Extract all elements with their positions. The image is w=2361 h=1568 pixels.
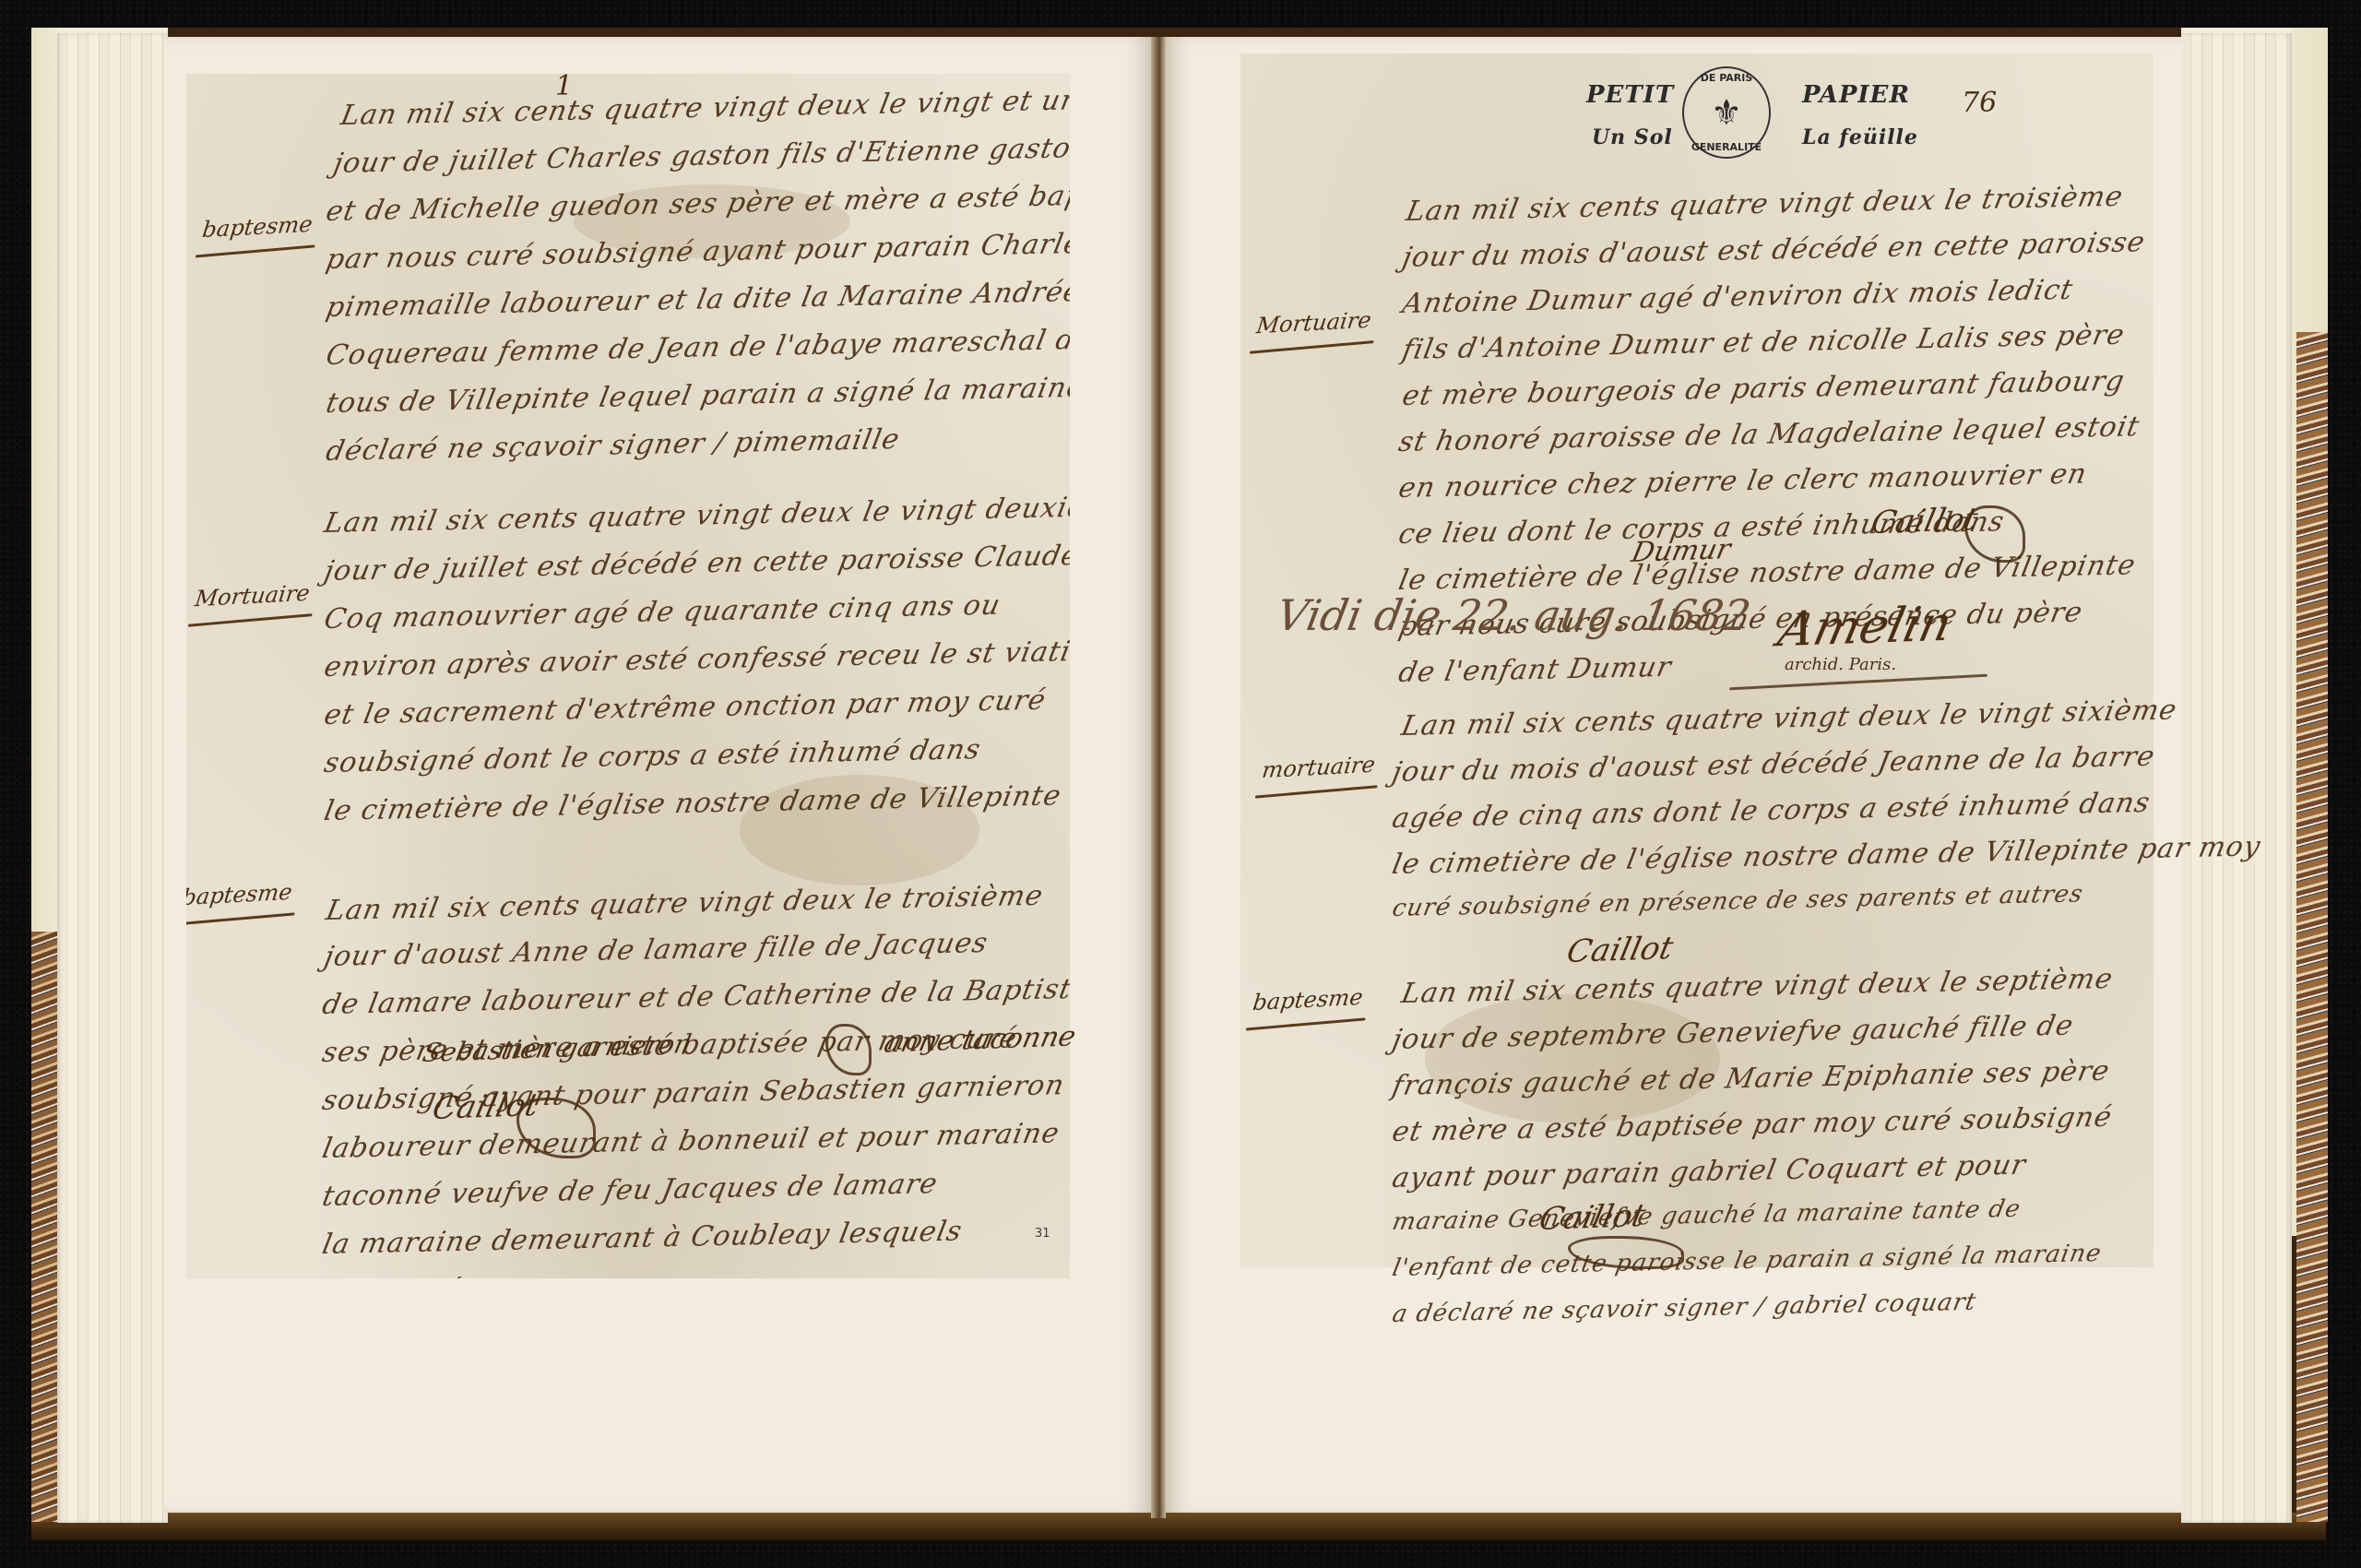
manuscript-line: Coq manouvrier agé de quarante cinq ans … xyxy=(322,589,1003,636)
manuscript-line: Lan mil six cents quatre vingt deux le t… xyxy=(1404,181,2127,228)
signature-caillot: Caillot xyxy=(1868,501,1981,541)
stamp-text-top-right: PAPIER xyxy=(1802,81,1910,109)
book-cover-bottom-edge xyxy=(31,1513,2326,1540)
manuscript-line: soubsigné dont le corps a esté inhumé da… xyxy=(322,733,984,779)
signature-caillot: Caillot xyxy=(1536,1197,1649,1238)
manuscript-line: Coquereau femme de Jean de l'abaye mares… xyxy=(324,321,1070,372)
stamp-text-bottom-left: Un Sol xyxy=(1592,125,1673,149)
ink-stain xyxy=(1425,994,1720,1123)
book-gutter xyxy=(1151,37,1166,1518)
marbled-endpaper-right xyxy=(2296,332,2328,1522)
manuscript-line: de l'enfant Dumur xyxy=(1396,651,1675,689)
stamp-text-top-left: PETIT xyxy=(1586,81,1674,109)
manuscript-line: Lan mil six cents quatre vingt deux le v… xyxy=(322,491,1070,540)
manuscript-line: taconné veufve de feu Jacques de lamare xyxy=(320,1168,941,1213)
manuscript-line: déclaré ne sçavoir signer / pimemaille xyxy=(324,423,903,468)
margin-note-death: Mortuaire xyxy=(194,580,312,612)
manuscript-line: jour de juillet Charles gaston fils d'Et… xyxy=(331,132,1070,180)
manuscript-line: en nourice chez pierre le clerc manouvri… xyxy=(1396,457,2090,505)
manuscript-line: et le sacrement d'extrême onction par mo… xyxy=(322,684,1049,731)
manuscript-line: environ après avoir esté confessé receu … xyxy=(322,635,1070,683)
archdeacon-visa: Vidi die 22. aug. 1682 xyxy=(1273,590,1754,640)
marbled-endpaper-left xyxy=(31,932,59,1522)
manuscript-line: jour de juillet est décédé en cette paro… xyxy=(322,539,1070,588)
manuscript-line: jour d'aoust Anne de lamare fille de Jac… xyxy=(322,927,991,973)
signature-dumur: Dumur xyxy=(1629,533,1734,569)
right-page-block-edge xyxy=(2181,28,2292,1523)
signature-anne-taconne: anne taconne xyxy=(881,1020,1078,1059)
manuscript-line: de lamare laboureur et de Catherine de l… xyxy=(320,970,1070,1021)
manuscript-line: et mère bourgeois de paris demeurant fau… xyxy=(1400,365,2128,412)
seal-text-bottom: GENERALITE xyxy=(1691,141,1762,153)
manuscript-line: Lan mil six cents quatre vingt deux le t… xyxy=(324,880,1047,927)
manuscript-line: pimemaille laboureur et la dite la Marai… xyxy=(324,276,1070,324)
manuscript-line: Antoine Dumur agé d'environ dix mois led… xyxy=(1400,274,2076,320)
fleur-de-lis-icon: ⚜ xyxy=(1711,92,1742,133)
seal-text-top: DE PARIS xyxy=(1701,72,1753,84)
manuscript-line: Lan mil six cents quatre vingt deux le v… xyxy=(338,83,1070,132)
margin-note-death: mortuaire xyxy=(1261,752,1377,783)
stamp-text-bottom-right: La feüille xyxy=(1802,125,1918,149)
manuscript-line: st honoré paroisse de la Magdelaine lequ… xyxy=(1396,410,2142,458)
margin-note-baptism: baptesme xyxy=(1252,984,1365,1016)
margin-note-death: Mortuaire xyxy=(1255,307,1373,339)
manuscript-line: tous de Villepinte lequel parain a signé… xyxy=(324,371,1070,420)
manuscript-line: ont signé xyxy=(320,1274,465,1278)
manuscript-line: jour du mois d'aoust est décédé en cette… xyxy=(1400,226,2148,274)
archdeacon-signature: Amelin xyxy=(1774,597,1957,658)
left-manuscript-sheet: 1 baptesme Lan mil six cents quatre ving… xyxy=(186,74,1070,1278)
generalite-seal: DE PARIS ⚜ GENERALITE xyxy=(1682,66,1771,159)
archdeacon-title: archid. Paris. xyxy=(1785,655,1896,674)
left-page-block-edge xyxy=(57,28,168,1523)
manuscript-line: fils d'Antoine Dumur et de nicolle Lalis… xyxy=(1400,319,2128,366)
mount-page-number: 31 xyxy=(1035,1227,1050,1241)
manuscript-line: la maraine demeurant à Coubleay lesquels xyxy=(320,1216,966,1261)
tax-stamp: PETIT PAPIER Un Sol La feüille DE PARIS … xyxy=(1560,65,1994,166)
margin-note-baptism: baptesme xyxy=(201,211,314,243)
margin-note-baptism: baptesme xyxy=(186,879,293,910)
signature-caillot: Caillot xyxy=(1563,930,1677,970)
